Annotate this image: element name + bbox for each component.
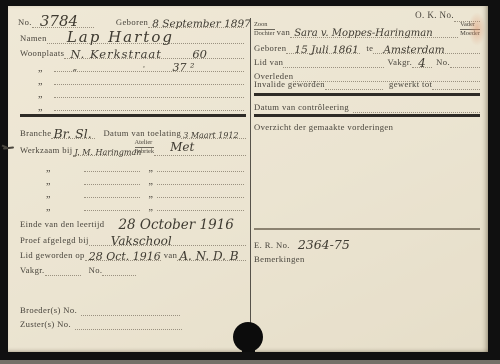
address-ditto-row-2: „: [38, 73, 244, 85]
membership-date-value: 28 Oct. 1916: [89, 251, 161, 262]
vakgroep-row-left: Vakgr. No.: [20, 263, 160, 276]
verification-date-label: Datum van contrôleering: [254, 103, 349, 113]
names-field: Lap Hartog: [47, 28, 244, 44]
invalid-row: Invalide geworden gewerkt tot: [254, 77, 480, 90]
worked-until-label: gewerkt tot: [389, 80, 432, 90]
address-ditto-row-1: „ „ · 37 ²: [38, 60, 244, 72]
born-label: Geboren: [254, 44, 286, 54]
vakgr-label: Vakgr.: [20, 266, 45, 276]
apprenticeship-end-value: 28 October 1916: [118, 219, 233, 233]
ditto-mark: „: [148, 205, 152, 211]
right-heavy-rule-2: [254, 114, 480, 117]
card-number-row: No. 3784 Geboren 8 September 1897: [18, 12, 244, 28]
parents-row: Zoon Dochter van Sara v. Moppes-Haringma…: [254, 21, 480, 38]
parents-value: Sara v. Moppes-Haringman: [294, 29, 432, 39]
branche-label: Branche: [20, 129, 51, 139]
progress-overview-label: Overzicht der gemaakte vorderingen: [254, 123, 393, 133]
no-field: 3784: [32, 11, 94, 28]
atelier-field: Met: [154, 139, 246, 156]
mother-born-field: 15 Juli 1861: [286, 39, 360, 54]
vakgr-label: Vakgr.: [388, 58, 413, 68]
column-divider: [250, 18, 251, 324]
parents-field: Sara v. Moppes-Haringman: [290, 20, 458, 38]
exam-field: Vakschool: [89, 231, 246, 246]
ditto-mark: „: [148, 179, 152, 185]
ditto-mark: „: [38, 92, 42, 98]
paper-stain: [468, 12, 486, 46]
ditto-mark: „: [148, 192, 152, 198]
remarks-label: Bemerkingen: [254, 255, 305, 265]
ditto-mark: „: [38, 79, 42, 85]
card-number-value: 3784: [40, 14, 78, 29]
employer-ditto-row-1: „ „: [46, 160, 244, 172]
employer-row: Werkzaam bij J. M. Haringman Atelier Fab…: [20, 140, 246, 156]
employer-ditto-row-2: „ „: [46, 173, 244, 185]
branche-row: Branche Br. Sl. Datum van toelating 3 Ma…: [20, 124, 246, 139]
zoon-label: Zoon: [254, 21, 275, 30]
apprenticeship-end-field: 28 October 1916: [104, 214, 246, 230]
exam-label: Proef afgelegd bij: [20, 236, 89, 246]
branche-field: Br. Sl.: [51, 123, 95, 139]
admission-date-field: 3 Maart 1912: [181, 123, 246, 139]
employer-field: J. M. Haringman: [73, 139, 131, 156]
ditto-mark: „: [46, 205, 50, 211]
ditto-mark: „: [38, 105, 42, 111]
te-label: te: [366, 44, 373, 54]
no-label: No.: [436, 58, 450, 68]
address-label: Woonplaats: [20, 49, 64, 59]
zoon-dochter-labels: Zoon Dochter: [254, 21, 275, 38]
birthplace-field: Amsterdam: [373, 39, 480, 54]
no-label: No.: [18, 18, 32, 28]
invalid-label: Invalide geworden: [254, 80, 325, 90]
brothers-field: [81, 302, 180, 316]
names-value: Lap Hartog: [67, 30, 174, 45]
punch-hole-slot: [242, 340, 255, 352]
van-label: van: [277, 28, 291, 38]
no-label: No.: [89, 266, 103, 276]
employer-ditto-row-3: „ „: [46, 186, 244, 198]
ditto-mark: „: [148, 166, 152, 172]
van-label: van: [164, 251, 178, 261]
brothers-label: Broeder(s) No.: [20, 306, 77, 316]
sisters-label: Zuster(s) No.: [20, 320, 71, 330]
address-ditto-row-4: „: [38, 99, 244, 111]
mother-born-row: Geboren 15 Juli 1861 te Amsterdam: [254, 40, 480, 54]
registration-card: No. 3784 Geboren 8 September 1897 Namen …: [8, 6, 488, 352]
born-label: Geboren: [116, 18, 148, 28]
brothers-row: Broeder(s) No.: [20, 303, 180, 316]
atelier-label: Atelier: [135, 139, 155, 148]
admission-date-label: Datum van toelating: [103, 129, 181, 139]
ditto-mark: „: [46, 192, 50, 198]
ditto-mark: „: [46, 166, 50, 172]
address2-field: „ · 37 ²: [54, 59, 244, 72]
address-row: Woonplaats N. Kerkstraat 60: [20, 46, 244, 59]
progress-overview-row: Overzicht der gemaakte vorderingen: [254, 121, 480, 133]
scan-edge-strip: [0, 360, 500, 364]
names-label: Namen: [20, 34, 47, 44]
employer-ditto-row-4: „ „: [46, 199, 244, 211]
member-of-row: Lid van Vakgr. 4 No.: [254, 55, 480, 68]
left-heavy-rule: [20, 114, 246, 117]
sisters-field: [75, 316, 182, 330]
dochter-label: Dochter: [254, 30, 275, 38]
employer-label: Werkzaam bij: [20, 146, 73, 156]
er-number-row: E. R. No. 2364-75: [254, 235, 480, 251]
sisters-row: Zuster(s) No.: [20, 317, 182, 330]
er-field: 2364-75: [290, 235, 480, 251]
address-field: N. Kerkstraat 60: [64, 45, 244, 59]
apprenticeship-end-label: Einde van den leertijd: [20, 220, 104, 230]
born-field: 8 September 1897: [148, 11, 244, 28]
union-value: A. N. D. B: [179, 250, 238, 262]
verification-date-row: Datum van contrôleering: [254, 99, 480, 113]
er-value: 2364-75: [298, 239, 350, 252]
membership-row: Lid geworden op 28 Oct. 1916 van A. N. D…: [20, 247, 246, 261]
vakgroep-field: 4: [412, 54, 432, 68]
ditto-mark: „: [46, 179, 50, 185]
exam-row: Proef afgelegd bij Vakschool: [20, 232, 246, 246]
remarks-row: Bemerkingen: [254, 253, 480, 265]
names-row: Namen Lap Hartog: [20, 29, 244, 44]
membership-label: Lid geworden op: [20, 251, 85, 261]
membership-date-field: 28 Oct. 1916: [85, 246, 161, 261]
address-ditto-row-3: „: [38, 86, 244, 98]
atelier-value: Met: [170, 141, 194, 153]
er-label: E. R. No.: [254, 241, 290, 251]
ditto-mark: „: [38, 66, 42, 72]
right-gray-rule: [254, 228, 480, 230]
employer-value: J. M. Haringman: [75, 149, 142, 157]
right-heavy-rule-1: [254, 93, 480, 96]
apprenticeship-end-row: Einde van den leertijd 28 October 1916: [20, 214, 246, 230]
member-of-label: Lid van: [254, 58, 283, 68]
union-field: A. N. D. B: [177, 246, 246, 261]
